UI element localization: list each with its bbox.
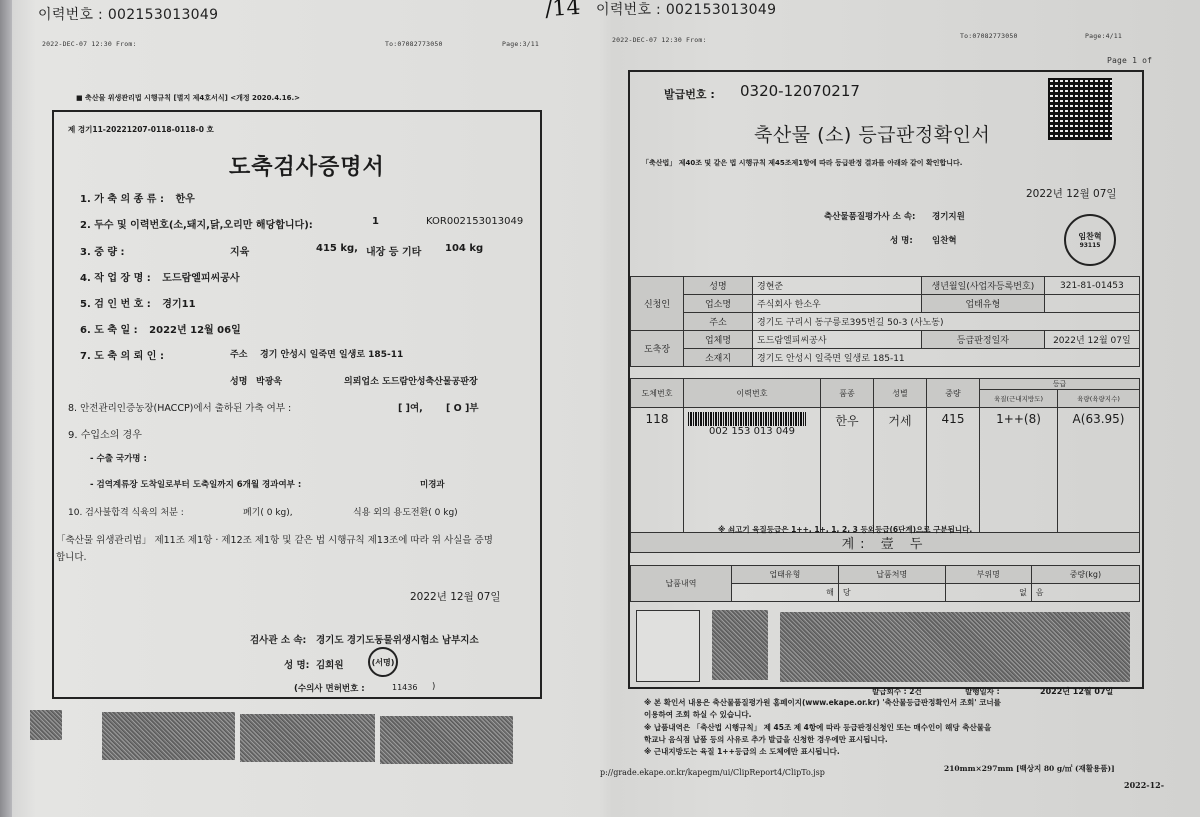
header-grade: 등급 <box>980 379 1140 390</box>
grader-name: 임찬혁 <box>932 234 957 246</box>
export-country: - 수출 국가명 : <box>90 452 147 464</box>
note-3: ※ 근내지방도는 육질 1++등급의 소 도체에만 표시됩니다. <box>644 746 840 757</box>
redacted-block <box>712 610 768 680</box>
delivery-header-biztype: 업태유형 <box>732 566 839 584</box>
delivery-value: 해 <box>732 584 839 602</box>
item-label: 7. 도 축 의 뢰 인 : <box>80 351 164 362</box>
trace-number-right: 이력번호 : 002153013049 <box>596 0 776 19</box>
trace-id: KOR002153013049 <box>426 216 523 227</box>
yield-grade: A(63.95) <box>1058 408 1140 533</box>
inspector-org: 경기도 경기도동물위생시험소 남부지소 <box>316 632 479 646</box>
carcass-weight: 415 kg, <box>316 243 358 254</box>
applicant-name: 경현준 <box>753 277 922 295</box>
stamp-name: 임찬혁 <box>1078 231 1101 242</box>
header-breed: 품종 <box>821 379 874 408</box>
item-8: 8. 안전관리인증농장(HACCP)에서 출하된 가축 여부 : [ ]여, [… <box>68 400 528 414</box>
delivery-value: 당 <box>838 584 945 602</box>
total-value: 壹 두 <box>881 537 929 552</box>
trace-cell: 002 153 013 049 <box>684 408 821 533</box>
address-value: 경기도 구리시 동구릉로395번길 50-3 (사노동) <box>753 313 1140 331</box>
quality-grade: 1++(8) <box>980 408 1058 533</box>
print-url: p://grade.ekape.or.kr/kapegm/ui/ClipRepo… <box>600 768 825 777</box>
confirm-date: 2022년 12월 07일 <box>1026 186 1117 201</box>
offal-label: 내장 등 기타 <box>366 243 421 258</box>
stamp-number: 93115 <box>1080 242 1101 249</box>
disposal-value: 폐기( 0 kg), <box>243 505 293 518</box>
delivery-table: 납품내역 업태유형 납품처명 부위명 중량(kg) 해 당 없 음 <box>630 565 1140 602</box>
head-count: 1 <box>372 216 379 227</box>
item-10: 10. 검사불합격 식육의 처분 : 폐기( 0 kg), 식용 외의 용도전환… <box>68 505 528 518</box>
issue-date: 2022년 12월 07일 <box>1040 686 1113 697</box>
delivery-header-recipient: 납품처명 <box>838 566 945 584</box>
document-number: 제 경기11-20221207-0118-0118-0 호 <box>68 124 214 135</box>
conversion-value: 식용 외의 용도전환( 0 kg) <box>353 505 458 518</box>
fax-timestamp-right: 2022-DEC-07 12:30 From: <box>612 36 707 44</box>
fax-to-right: To:07082773050 <box>960 32 1018 40</box>
quarantine-period: - 검역계류장 도착일로부터 도축일까지 6개월 경과여부 : 미경과 <box>90 478 530 490</box>
qr-code[interactable] <box>1048 78 1112 140</box>
paper-spec: 210mm×297mm [백상지 80 g/㎡ (재활용품)] <box>944 763 1115 774</box>
item-5: 5. 검 인 번 호 : 경기11 <box>80 295 196 310</box>
page-of: Page 1 of <box>1107 56 1152 65</box>
slaughterhouse-section: 도축장 <box>631 331 684 367</box>
trace-number-left: 이력번호 : 002153013049 <box>38 4 218 24</box>
delivery-value: 음 <box>1031 584 1139 602</box>
header-trace-no: 이력번호 <box>684 379 821 408</box>
note-2b: 학교나 음식점 납품 등의 사유로 추가 발급을 신청한 경우에만 표시됩니다. <box>644 734 888 745</box>
carcass-label: 지육 <box>230 243 249 258</box>
print-date: 2022-12- <box>1124 780 1164 790</box>
grade-date: 2022년 12월 07일 <box>1044 331 1139 349</box>
header-yield: 육량(육량지수) <box>1058 390 1140 408</box>
grade-footnote: ※ 쇠고기 육질등급은 1++, 1+, 1, 2, 3 등외등급(6단계)으로… <box>718 524 972 535</box>
note-2: ※ 납품내역은 「축산법 시행규칙」 제 45조 제 4항에 따라 등급판정신청… <box>644 722 991 733</box>
item-label: 5. 검 인 번 호 : <box>80 299 151 310</box>
client-value: 도드람안성축산물공판장 <box>382 374 478 387</box>
grader-org: 경기지원 <box>932 210 965 222</box>
grader-org-label: 축산물품질평가사 소 속: <box>824 210 915 222</box>
bizno-label: 생년월일(사업자등록번호) <box>922 277 1045 295</box>
header-sex: 성별 <box>874 379 927 408</box>
seal-text: (서명) <box>372 657 395 668</box>
plant-name: 도드람엘피씨공사 <box>753 331 922 349</box>
item-7: 7. 도 축 의 뢰 인 : 주소 경기 안성시 일죽면 일생로 185-11 <box>80 347 520 362</box>
license-close: ) <box>432 682 435 692</box>
legal-text: 「축산법」 제40조 및 같은 법 시행규칙 제45조제1항에 따라 등급판정 … <box>642 158 962 168</box>
redacted-block <box>102 712 235 760</box>
offal-weight: 104 kg <box>445 243 483 254</box>
item-label: 3. 중 량 : <box>80 247 125 258</box>
sex: 거세 <box>874 408 927 533</box>
barcode <box>688 412 806 426</box>
table-row: 118 002 153 013 049 한우 거세 415 1++(8) A(6… <box>631 408 1140 533</box>
carcass-no: 118 <box>631 408 684 533</box>
fax-timestamp-left: 2022-DEC-07 12:30 From: <box>42 40 137 48</box>
license-number: 11436 <box>392 683 417 692</box>
slaughter-certificate: 제 경기11-20221207-0118-0118-0 호 도축검사증명서 1.… <box>52 110 542 699</box>
address-label: 주소 <box>230 347 247 360</box>
header-quality: 육질(근내지방도) <box>980 390 1058 408</box>
inspector-org-label: 검사관 소 속: <box>250 632 306 646</box>
issue-date: 2022년 12월 07일 <box>410 589 501 604</box>
inspector-seal: (서명) <box>368 647 398 677</box>
issue-date-label: 발행일자 : <box>965 686 1000 697</box>
address-value: 경기 안성시 일죽면 일생로 185-11 <box>260 347 403 360</box>
item-value: 미경과 <box>420 478 445 490</box>
name-value: 박광욱 <box>256 374 282 387</box>
grade-date-label: 등급판정일자 <box>922 331 1045 349</box>
fax-to-left: To:07082773050 <box>385 40 443 48</box>
grader-name-label: 성 명: <box>890 234 913 246</box>
item-label: - 검역계류장 도착일로부터 도축일까지 6개월 경과여부 : <box>90 480 301 490</box>
item-1: 1. 가 축 의 종 류 : 한우 <box>80 190 195 205</box>
item-label: 10. 검사불합격 식육의 처분 : <box>68 508 184 518</box>
item-value: 경기11 <box>162 299 195 310</box>
breed: 한우 <box>821 408 874 533</box>
fax-page-right: Page:4/11 <box>1085 32 1122 40</box>
total-row: 계: 壹 두 <box>631 533 1140 553</box>
item-2: 2. 두수 및 이력번호(소,돼지,닭,오리만 해당합니다): 1 KOR002… <box>80 216 313 231</box>
haccp-no: [ O ]부 <box>446 400 479 414</box>
item-label: 2. 두수 및 이력번호(소,돼지,닭,오리만 해당합니다): <box>80 220 313 231</box>
issue-number: 0320-12070217 <box>740 82 860 100</box>
header-weight: 중량 <box>927 379 980 408</box>
license-label: (수의사 면허번호 : <box>294 682 365 694</box>
fax-page-left: Page:3/11 <box>502 40 539 48</box>
plant-name-label: 업체명 <box>684 331 753 349</box>
client-label: 의뢰업소 <box>344 374 379 387</box>
handwritten-mark: /14 <box>544 0 581 22</box>
issue-number-label: 발급번호 : <box>664 86 715 102</box>
item-4: 4. 작 업 장 명 : 도드람엘피씨공사 <box>80 269 240 284</box>
item-label: 6. 도 축 일 : <box>80 325 138 336</box>
inspector-name: 김희원 <box>316 657 344 671</box>
binder-edge <box>0 0 12 817</box>
issue-count: 발급회수 : 2건 <box>872 686 922 697</box>
redacted-block <box>780 612 1130 682</box>
redacted-block <box>380 716 513 764</box>
certify-text-end: 합니다. <box>56 549 87 563</box>
total-label: 계: <box>842 537 871 552</box>
redacted-blank <box>636 610 700 682</box>
location-label: 소재지 <box>684 349 753 367</box>
item-value: 도드람엘피씨공사 <box>162 273 239 284</box>
weight: 415 <box>927 408 980 533</box>
biztype-label: 업태유형 <box>922 295 1045 313</box>
item-label: 8. 안전관리인증농장(HACCP)에서 출하된 가축 여부 : <box>68 403 291 414</box>
header-carcass-no: 도체번호 <box>631 379 684 408</box>
item-3: 3. 중 량 : 지육 415 kg, 내장 등 기타 104 kg <box>80 243 520 258</box>
grade-certificate: 발급번호 : 0320-12070217 축산물 (소) 등급판정확인서 「축산… <box>628 70 1144 689</box>
redacted-block <box>240 714 375 762</box>
applicant-table: 신청인 성명 경현준 생년월일(사업자등록번호) 321-81-01453 업소… <box>630 276 1140 367</box>
grader-stamp: 임찬혁 93115 <box>1064 214 1116 266</box>
item-9: 9. 수입소의 경우 <box>68 426 142 441</box>
item-label: 4. 작 업 장 명 : <box>80 273 151 284</box>
redacted-qr <box>30 710 62 740</box>
certificate-title: 도축검사증명서 <box>229 150 385 181</box>
delivery-header-weight: 중량(kg) <box>1031 566 1139 584</box>
certify-text: 「축산물 위생관리법」 제11조 제1항 · 제12조 제1항 및 같은 법 시… <box>56 532 493 546</box>
delivery-value: 없 <box>945 584 1031 602</box>
item-value: 2022년 12월 06일 <box>149 325 241 336</box>
form-reference: ■ 축산물 위생관리법 시행규칙 [별지 제4호서식] <개정 2020.4.1… <box>76 93 300 103</box>
haccp-yes: [ ]여, <box>398 400 423 414</box>
item-label: 1. 가 축 의 종 류 : <box>80 194 164 205</box>
certificate-title: 축산물 (소) 등급판정확인서 <box>754 120 990 147</box>
name-label: 성명 <box>684 277 753 295</box>
delivery-section: 납품내역 <box>631 566 732 602</box>
delivery-header-part: 부위명 <box>945 566 1031 584</box>
inspector-name-label: 성 명: <box>284 657 309 671</box>
trace-no: 002 153 013 049 <box>688 426 816 437</box>
company-value: 주식회사 한소우 <box>753 295 922 313</box>
address-label: 주소 <box>684 313 753 331</box>
location-value: 경기도 안성시 일죽면 일생로 185-11 <box>753 349 1140 367</box>
biztype-value <box>1044 295 1139 313</box>
item-6: 6. 도 축 일 : 2022년 12월 06일 <box>80 321 241 336</box>
note-1: ※ 본 확인서 내용은 축산물품질평가원 홈페이지(www.ekape.or.k… <box>644 697 1001 708</box>
bizno-value: 321-81-01453 <box>1044 277 1139 295</box>
applicant-section: 신청인 <box>631 277 684 331</box>
note-1b: 이용하여 조회 하실 수 있습니다. <box>644 709 751 720</box>
name-label: 성명 <box>230 374 247 387</box>
item-value: 한우 <box>175 194 194 205</box>
company-label: 업소명 <box>684 295 753 313</box>
